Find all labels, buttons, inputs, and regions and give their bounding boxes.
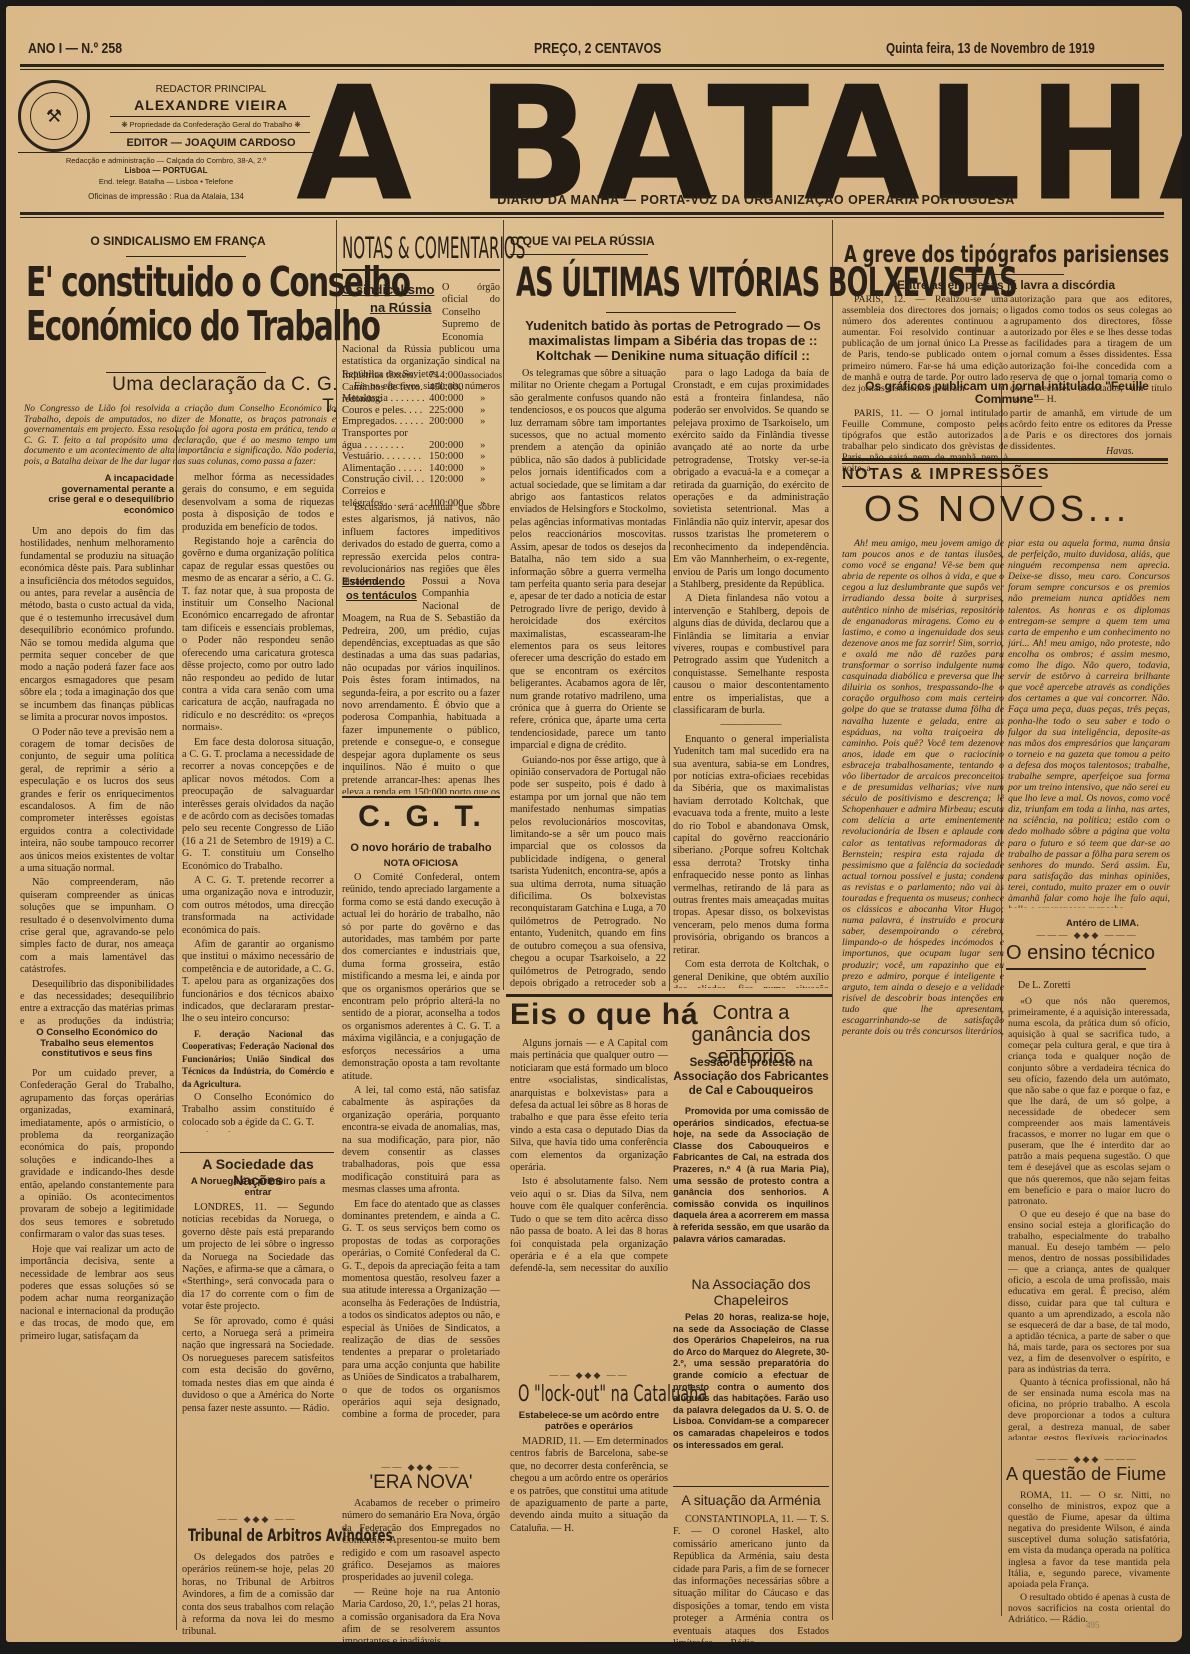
ensino-body: «O que nós não queremos, primeiramente, … xyxy=(1008,996,1170,1440)
article-kicker: O SINDICALISMO EM FRANÇA xyxy=(20,234,336,248)
newspaper-subtitle: DIÁRIO DA MANHÃ — PORTA-VOZ DA ORGANIZAÇ… xyxy=(376,193,1136,207)
chapeleiros-headline: Na Associação dos Chapeleiros xyxy=(673,1276,829,1308)
ornament-divider: ——— ◆◆◆ ——— xyxy=(1006,930,1168,941)
redactor-label: REDACTOR PRINCIPAL xyxy=(106,84,316,95)
russia-kicker: O QUE VAI PELA RÚSSIA xyxy=(510,234,655,248)
telegraph-line: End. telegr. Batalha — Lisboa • Telefone xyxy=(16,177,316,186)
stats-row: Alimentação . . . . .140:000» xyxy=(342,463,502,475)
greve-deck: Entre as empresas já lavra a discórdia xyxy=(836,278,1176,292)
union-stats-table: Indústrias têxteis. .714:000associados C… xyxy=(342,370,502,509)
section-subhead-2: O Conselho Económico do Trabalho seus el… xyxy=(20,1028,174,1060)
article-column-1: Um ano depois do fim das hostilidades, n… xyxy=(20,526,174,1026)
notas-item2-body: Possui a Nova Companhia Nacional de Moag… xyxy=(342,576,500,794)
greve-subhead: Os gráficos publicam um jornal intitulad… xyxy=(842,380,1172,406)
tribunal-body: Os delegados dos patrões e operários reü… xyxy=(182,1552,334,1641)
stats-row: Empregados. . . . . .200:000» xyxy=(342,416,502,428)
lockout-body: MADRID, 11. — Em determinados centros fa… xyxy=(510,1436,668,1537)
cgt-notice-title: O novo horário de trabalho xyxy=(342,842,500,854)
armenia-headline: A situação da Arménia xyxy=(673,1492,829,1508)
property-line: ❋ Propriedade da Confederação Geral do T… xyxy=(106,120,316,129)
article-column-1b: Por um cuidado prever, a Confederação Ge… xyxy=(20,1068,174,1638)
fiume-headline: A questão de Fiume xyxy=(1006,1464,1166,1485)
newspaper-page: ANO I — N.º 258 PREÇO, 2 CENTAVOS Quinta… xyxy=(6,6,1182,1642)
anvil-emblem-icon: ⚒ xyxy=(30,92,78,140)
editor-line: EDITOR — JOAQUIM CARDOSO xyxy=(106,137,316,149)
city-line: Lisboa — PORTUGAL xyxy=(16,166,316,175)
ornament-divider: —— ◆◆◆ —— xyxy=(180,1514,334,1525)
greve-headline: A greve dos tipógrafos parisienses xyxy=(844,242,1169,268)
greve-source: Havas. xyxy=(1106,446,1134,457)
stats-row: Vestuário. . . . . . . .150:000» xyxy=(342,451,502,463)
cgt-notice-header: C. G. T. xyxy=(342,800,500,834)
ensino-byline: De L. Zoretti xyxy=(1018,980,1070,991)
notas-impressoes-header: NOTAS & IMPRESSÕES xyxy=(842,466,1050,484)
chapeleiros-body: Pelas 20 horas, realiza-se hoje, na sede… xyxy=(673,1312,829,1453)
ensino-headline: O ensino técnico xyxy=(1006,942,1155,965)
senhorios-deck: Sessão de protesto na Associação dos Fab… xyxy=(673,1056,829,1098)
russia-column-1: Os telegramas que sôbre a situação milit… xyxy=(510,368,666,988)
russia-column-2: para o lago Ladoga da baía de Cronstadt,… xyxy=(673,368,829,988)
era-nova-body: Acabamos de receber o primeiro número do… xyxy=(342,1498,500,1642)
stats-row: Indústrias têxteis. .714:000associados xyxy=(342,370,502,382)
address-line: Redacção e administração — Calçada do Co… xyxy=(16,156,316,165)
senhorios-body: Promovida por uma comissão de operários … xyxy=(673,1106,829,1247)
article-lead: No Congresso de Lião foi resolvida a cri… xyxy=(24,404,336,468)
os-novos-column-2: piar esta ou aquela forma, numa ânsia de… xyxy=(1008,538,1170,908)
os-novos-signature: Antéro de LIMA. xyxy=(1066,918,1139,929)
os-novos-column-1: Ah! meu amigo, meu jovem amigo de tam po… xyxy=(842,538,1004,1038)
os-novos-headline: OS NOVOS... xyxy=(864,488,1130,530)
stats-row: Caminhos de ferro.450:000» xyxy=(342,382,502,394)
stats-row: Couros e peles. . . .225:000» xyxy=(342,405,502,417)
russia-deck: Yudenitch batido às portas de Petrogrado… xyxy=(518,318,828,363)
cgt-seal-icon: ⚒ xyxy=(18,80,90,152)
print-shop-line: Oficinas de impressão : Rua da Atalaia, … xyxy=(16,192,316,201)
eis-que-ha-headline: Eis o que há xyxy=(510,998,699,1032)
section-subhead: A incapacidade governamental perante a c… xyxy=(46,474,174,516)
sociedade-body: LONDRES, 11. — Segundo notícias recebida… xyxy=(182,1202,334,1432)
sociedade-deck: A Noruega é o primeiro país a entrar xyxy=(184,1176,332,1198)
notas-comentarios-header: NOTAS & COMENTARIOS xyxy=(342,232,525,264)
cgt-notice-label: NOTA OFICIOSA xyxy=(342,858,500,869)
armenia-body: CONSTANTINOPLA, 11. — T. S. F. — O coron… xyxy=(673,1514,829,1642)
era-nova-headline: 'ERA NOVA' xyxy=(342,1472,500,1494)
cgt-notice-body: O Comité Confederal, ontem reünido, tend… xyxy=(342,872,500,1422)
issue-number: ANO I — N.º 258 xyxy=(28,40,122,57)
eis-que-ha-body: Alguns jornais — e A Capital com mais pe… xyxy=(510,1038,668,1276)
redactor-name: ALEXANDRE VIEIRA xyxy=(106,97,316,113)
fiume-body: ROMA, 11. — O sr. Nitti, no conselho de … xyxy=(1008,1490,1170,1627)
stats-row: Transportes por água . . . . . . . .200:… xyxy=(342,428,502,451)
ornament-divider: —— ◆◆◆ —— xyxy=(510,1370,668,1381)
article-column-2: melhor fórma as necessidades gerais do c… xyxy=(182,472,334,1132)
stats-row: Metalurgia . . . . . . .400:000» xyxy=(342,393,502,405)
stats-row: Construção civil. . .120:000» xyxy=(342,474,502,486)
page-mark: 495 xyxy=(1086,1620,1100,1630)
greve-sub-column-2: partir de amanhã, em virtude de um acôrd… xyxy=(1010,408,1172,454)
lockout-deck: Estabelece-se um acôrdo entre patrões e … xyxy=(510,1410,668,1432)
